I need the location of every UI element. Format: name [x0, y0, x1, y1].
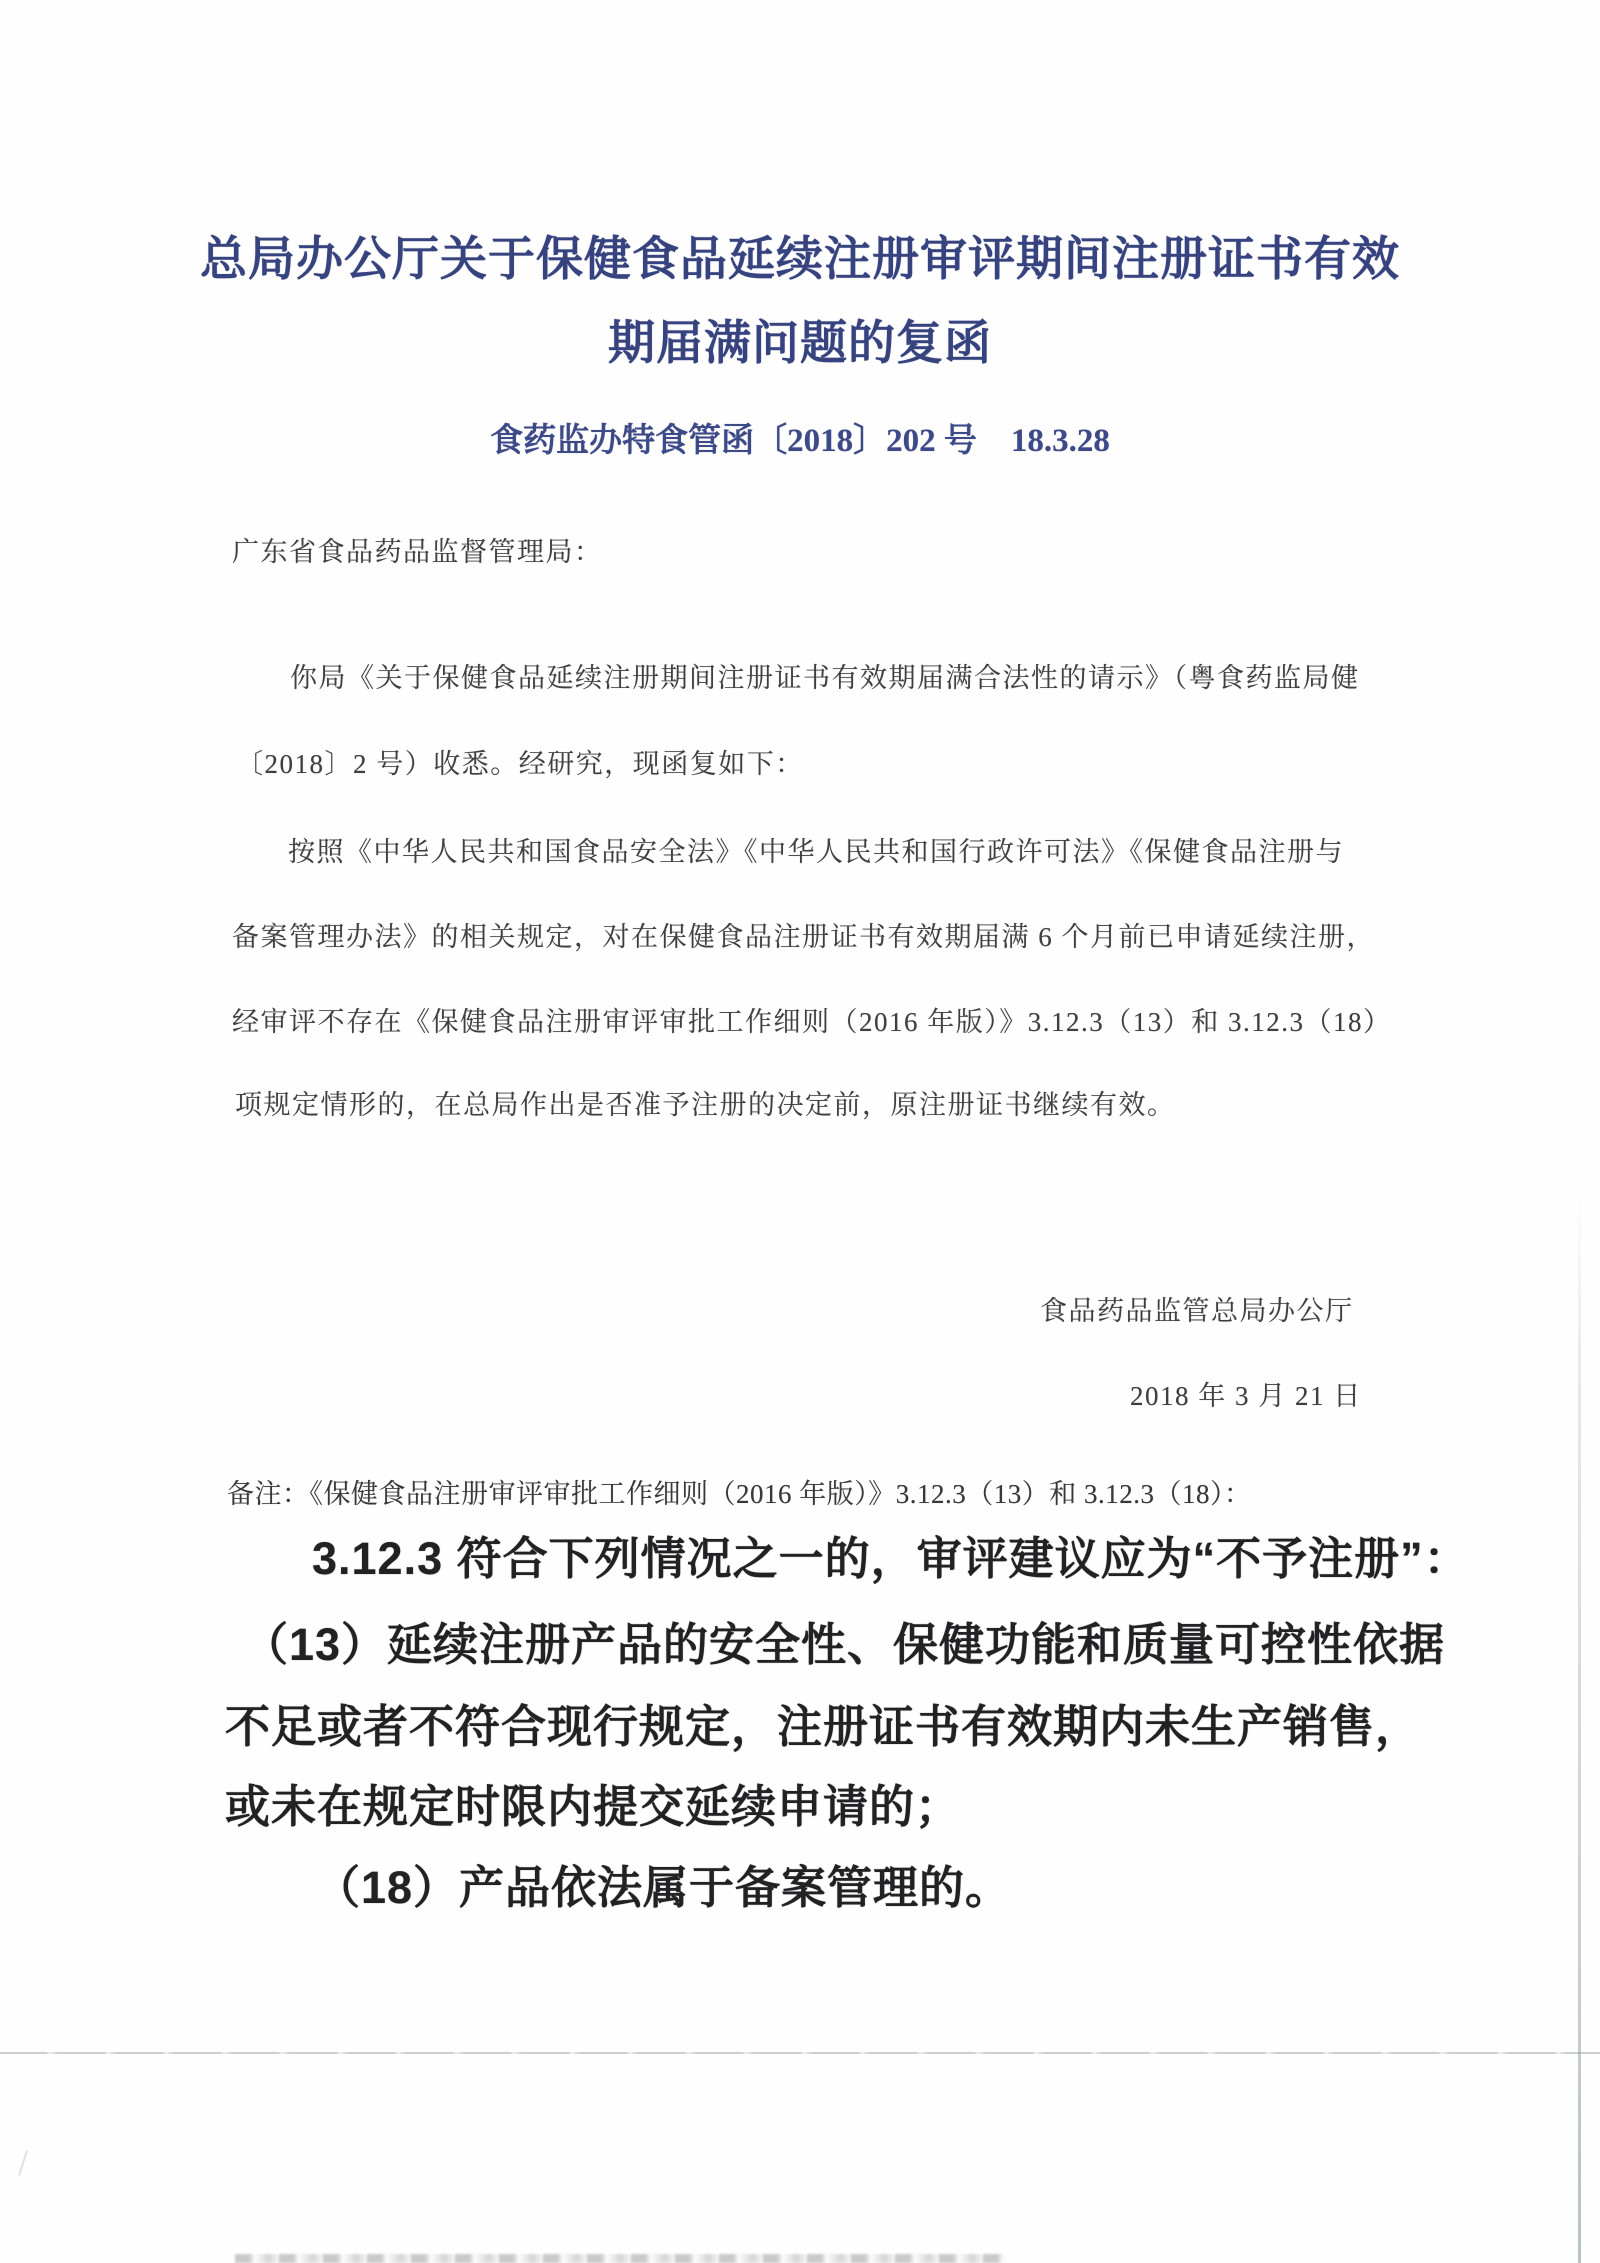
excerpt-item-18: （18）产品依法属于备案管理的。 — [315, 1851, 1011, 1916]
scanned-document-page: { "document": { "title": { "line1": "总局办… — [0, 0, 1600, 2263]
received-date-annotation: 18.3.28 — [1011, 423, 1110, 460]
scan-artifact-cutoff-text — [235, 2254, 1005, 2263]
issuing-office-signature: 食品药品监管总局办公厅 — [1040, 1289, 1354, 1328]
scan-artifact-vertical-line — [1578, 1185, 1581, 2263]
salutation: 广东省食品药品监督管理局： — [232, 530, 603, 569]
paragraph-2-line-4: 项规定情形的，在总局作出是否准予注册的决定前，原注册证书继续有效。 — [235, 1083, 1176, 1122]
issue-date: 2018 年 3 月 21 日 — [1130, 1374, 1362, 1413]
paragraph-2-line-1: 按照《中华人民共和国食品安全法》《中华人民共和国行政许可法》《保健食品注册与 — [288, 830, 1344, 869]
paragraph-1-line-2: 〔2018〕2 号）收悉。经研究，现函复如下： — [236, 742, 804, 781]
scan-artifact-horizontal-line — [0, 2052, 1600, 2054]
document-title-line-1: 总局办公厅关于保健食品延续注册审评期间注册证书有效 — [0, 222, 1600, 289]
excerpt-item-13-line-2: 不足或者不符合现行规定，注册证书有效期内未生产销售， — [225, 1690, 1421, 1755]
paragraph-2-line-3: 经审评不存在《保健食品注册审评审批工作细则（2016 年版）》3.12.3（13… — [232, 1000, 1392, 1039]
paragraph-1-line-1: 你局《关于保健食品延续注册期间注册证书有效期届满合法性的请示》（粤食药监局健 — [290, 656, 1360, 695]
scan-artifact-diagonal-mark — [18, 2150, 28, 2175]
document-title-line-2: 期届满问题的复函 — [0, 306, 1600, 373]
excerpt-item-13-line-1: （13）延续注册产品的安全性、保健功能和质量可控性依据 — [243, 1608, 1445, 1673]
paragraph-2-line-2: 备案管理办法》的相关规定，对在保健食品注册证书有效期届满 6 个月前已申请延续注… — [232, 915, 1375, 954]
excerpt-item-13-line-3: 或未在规定时限内提交延续申请的； — [225, 1770, 961, 1835]
remark-line: 备注：《保健食品注册审评审批工作细则（2016 年版）》3.12.3（13）和 … — [227, 1472, 1252, 1511]
document-number: 食药监办特食管函〔2018〕202 号 — [490, 414, 977, 461]
document-number-row: 食药监办特食管函〔2018〕202 号 18.3.28 — [0, 414, 1600, 461]
excerpt-rule-3-12-3: 3.12.3 符合下列情况之一的，审评建议应为“不予注册”： — [312, 1522, 1470, 1587]
